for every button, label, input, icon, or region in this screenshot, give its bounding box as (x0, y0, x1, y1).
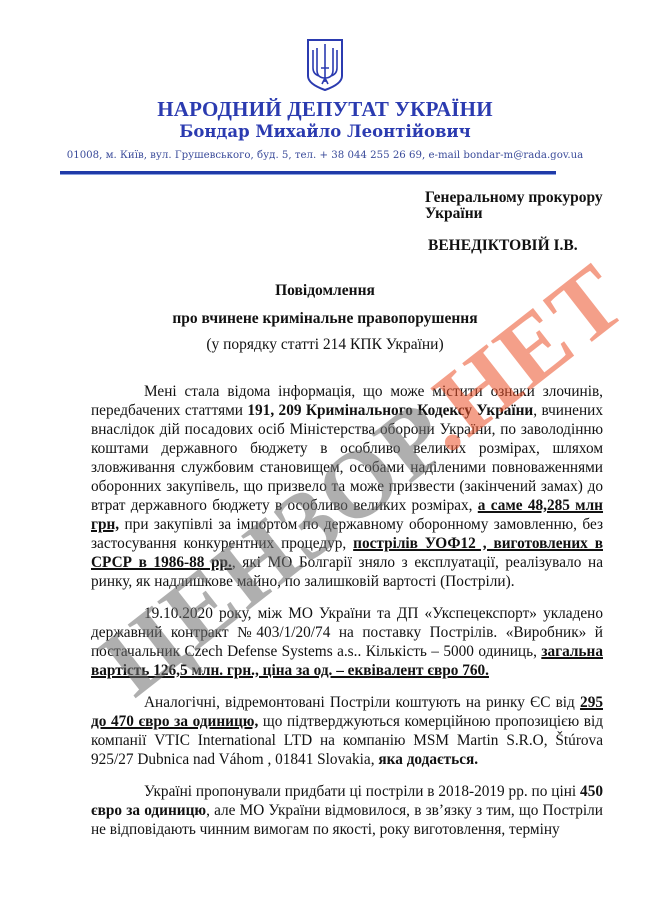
deputy-name: Бондар Михайло Леонтійович (0, 122, 650, 141)
document-subtitle: про вчинене кримінальне правопорушення (0, 310, 650, 328)
paragraph-3: Аналогічні, відремонтовані Постріли кошт… (91, 693, 603, 769)
attachment-note: яка додається. (378, 751, 478, 768)
document-body: Мені стала відома інформація, що може мі… (91, 382, 603, 852)
document-page: НАРОДНИЙ ДЕПУТАТ УКРАЇНИ Бондар Михайло … (0, 0, 650, 920)
addressee-line1: Генеральному прокурору (425, 190, 625, 206)
document-legal-basis: (у порядку статті 214 КПК України) (0, 336, 650, 354)
org-title: НАРОДНИЙ ДЕПУТАТ УКРАЇНИ (0, 97, 650, 122)
paragraph-4: Україні пропонували придбати ці постріли… (91, 782, 603, 839)
paragraph-1: Мені стала відома інформація, що може мі… (91, 382, 603, 591)
articles-reference: 191, 209 Кримінального Кодексу України (247, 402, 533, 419)
contact-address: 01008, м. Київ, вул. Грушевського, буд. … (0, 150, 650, 161)
trident-coat-of-arms-icon (305, 38, 345, 92)
addressee-line2: України (425, 206, 625, 222)
paragraph-2: 19.10.2020 року, між МО України та ДП «У… (91, 604, 603, 680)
addressee-block: Генеральному прокурору України (425, 190, 625, 222)
addressee-name: ВЕНЕДІКТОВІЙ І.В. (428, 237, 578, 255)
header-divider (60, 171, 556, 175)
document-title: Повідомлення (0, 282, 650, 300)
